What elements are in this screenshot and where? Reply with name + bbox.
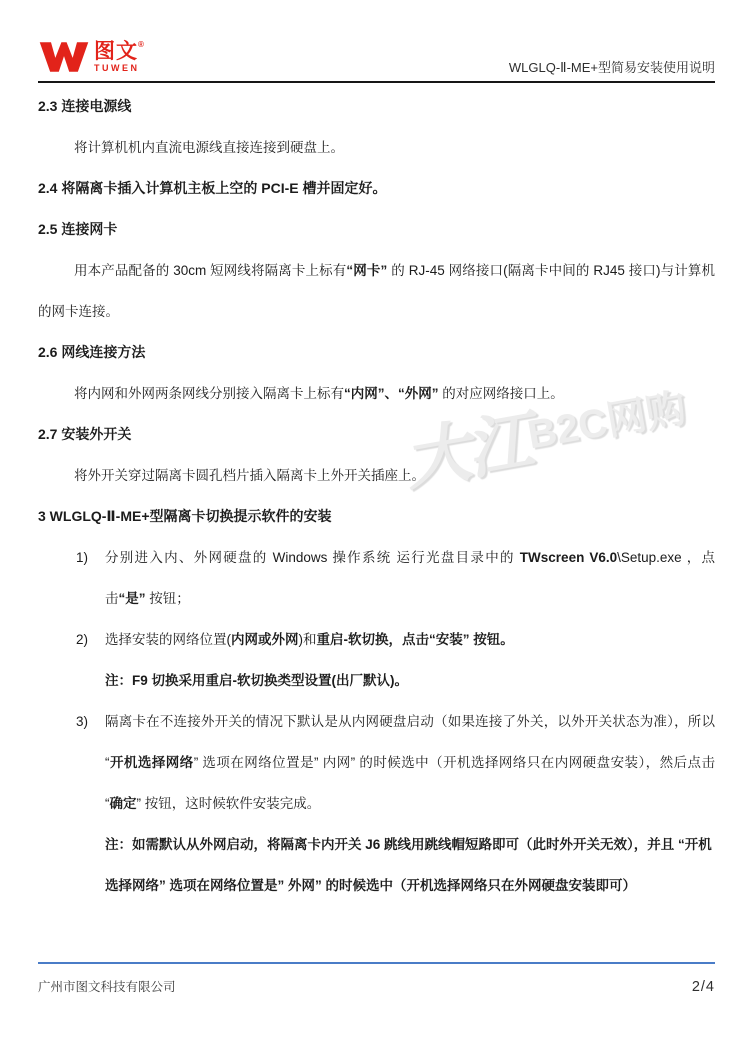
text-run: 分别进入内、外网硬盘的 Windows 操作系统 运行光盘目录中的 <box>105 550 520 565</box>
logo-w-icon <box>38 38 90 76</box>
paragraph: 将外开关穿过隔离卡圆孔档片插入隔离卡上外开关插座上。 <box>38 455 715 496</box>
text-run: 按钮； <box>146 591 190 606</box>
list-marker: 3) <box>76 701 88 742</box>
text-run: 内网或外网 <box>231 632 299 647</box>
text-run: )和 <box>299 632 317 647</box>
text-run: “是” <box>119 591 146 606</box>
list-item: 1)分别进入内、外网硬盘的 Windows 操作系统 运行光盘目录中的 TWsc… <box>38 537 715 619</box>
text-run: 2.4 将隔离卡插入计算机主板上空的 PCI-E 槽并固定好。 <box>38 180 386 196</box>
document-body: 2.3 连接电源线将计算机机内直流电源线直接连接到硬盘上。2.4 将隔离卡插入计… <box>38 86 715 906</box>
paragraph: 将内网和外网两条网线分别接入隔离卡上标有“内网”、“外网” 的对应网络接口上。 <box>38 373 715 414</box>
document-page: 图文® TUWEN WLGLQ-Ⅱ-ME+型简易安装使用说明 大江B2C网购 2… <box>0 0 750 1060</box>
text-run: 将内网和外网两条网线分别接入隔离卡上标有 <box>74 386 344 401</box>
text-run: 的对应网络接口上。 <box>439 386 564 401</box>
text-run: 将计算机机内直流电源线直接连接到硬盘上。 <box>74 140 344 155</box>
text-run: 2.7 安装外开关 <box>38 426 131 442</box>
text-run: 2.5 连接网卡 <box>38 221 117 237</box>
text-run: “内网”、“外网” <box>344 386 439 401</box>
section-heading: 3 WLGLQ-Ⅱ-ME+型隔离卡切换提示软件的安装 <box>38 496 715 537</box>
list-marker: 1) <box>76 537 88 578</box>
note-paragraph: 注：F9 切换采用重启-软切换类型设置(出厂默认)。 <box>105 660 715 701</box>
document-title: WLGLQ-Ⅱ-ME+型简易安装使用说明 <box>509 61 715 78</box>
note-paragraph: 注：如需默认从外网启动，将隔离卡内开关 J6 跳线用跳线帽短路即可（此时外开关无… <box>105 824 715 906</box>
text-run: 将外开关穿过隔离卡圆孔档片插入隔离卡上外开关插座上。 <box>74 468 425 483</box>
logo-en-text: TUWEN <box>94 64 145 73</box>
section-heading: 2.7 安装外开关 <box>38 414 715 455</box>
text-run: 2.6 网线连接方法 <box>38 344 145 360</box>
text-run: “网卡” <box>346 263 387 278</box>
paragraph: 将计算机机内直流电源线直接连接到硬盘上。 <box>38 127 715 168</box>
list-marker: 2) <box>76 619 88 660</box>
section-heading: 2.6 网线连接方法 <box>38 332 715 373</box>
page-number: 2/4 <box>692 979 715 995</box>
registered-mark-icon: ® <box>138 40 145 49</box>
list-item: 2)选择安装的网络位置(内网或外网)和重启-软切换，点击“安装” 按钮。 <box>38 619 715 660</box>
tuwen-logo: 图文® TUWEN <box>38 38 145 78</box>
text-run: ” 按钮，这时候软件安装完成。 <box>137 796 321 811</box>
footer-company: 广州市图文科技有限公司 <box>38 977 176 995</box>
list-item: 3)隔离卡在不连接外开关的情况下默认是从内网硬盘启动（如果连接了外关，以外开关状… <box>38 701 715 824</box>
text-run: 注：如需默认从外网启动，将隔离卡内开关 J6 跳线用跳线帽短路即可（此时外开关无… <box>105 837 712 893</box>
page-header: 图文® TUWEN WLGLQ-Ⅱ-ME+型简易安装使用说明 <box>38 0 715 83</box>
page-footer: 广州市图文科技有限公司 2/4 <box>38 962 715 995</box>
text-run: 选择安装的网络位置( <box>105 632 231 647</box>
text-run: 确定 <box>110 796 137 811</box>
text-run: 2.3 连接电源线 <box>38 98 131 114</box>
text-run: TWscreen V6.0 <box>520 550 617 565</box>
text-run: 3 WLGLQ-Ⅱ-ME+型隔离卡切换提示软件的安装 <box>38 508 332 524</box>
text-run: 开机选择网络 <box>110 755 194 770</box>
section-heading: 2.4 将隔离卡插入计算机主板上空的 PCI-E 槽并固定好。 <box>38 168 715 209</box>
text-run: 重启-软切换，点击“安装” 按钮。 <box>317 632 514 647</box>
section-heading: 2.5 连接网卡 <box>38 209 715 250</box>
logo-cn-text: 图文® <box>94 41 145 62</box>
text-run: 用本产品配备的 30cm 短网线将隔离卡上标有 <box>74 263 346 278</box>
text-run: 注：F9 切换采用重启-软切换类型设置(出厂默认)。 <box>105 673 408 688</box>
section-heading: 2.3 连接电源线 <box>38 86 715 127</box>
paragraph: 用本产品配备的 30cm 短网线将隔离卡上标有“网卡” 的 RJ-45 网络接口… <box>38 250 715 332</box>
